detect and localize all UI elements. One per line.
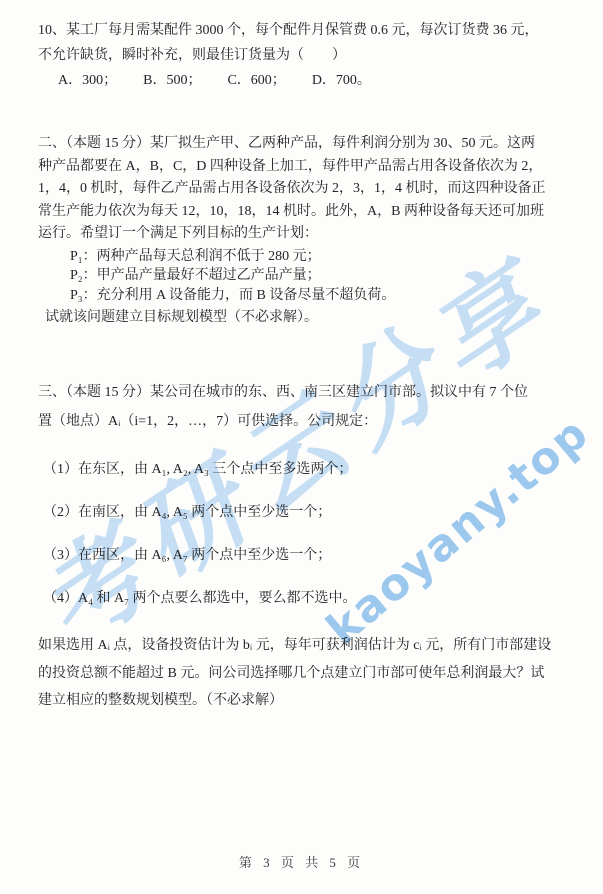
question-3-closing: 如果选用 Aᵢ 点，设备投资估计为 bᵢ 元，每年可获利润估计为 cᵢ 元，所有… bbox=[38, 632, 583, 715]
question-3-paragraph: 三、（本题 15 分）某公司在城市的东、西、南三区建立门市部。拟议中有 7 个位… bbox=[38, 378, 583, 436]
condition-1: （1）在东区，由 A₁, A₂, A₃ 三个点中至多选两个； bbox=[43, 460, 583, 480]
goal-p1: P₁：两种产品每天总利润不低于 280 元； bbox=[70, 247, 583, 267]
question-10-options: A．300；B．500；C．600；D．700。 bbox=[38, 68, 583, 93]
text-line: 常生产能力依次为每天 12，10，18，14 机时。此外，A，B 两种设备每天还… bbox=[38, 201, 583, 224]
question-2-goal-list: P₁：两种产品每天总利润不低于 280 元； P₂：甲产品产量最好不超过乙产品产… bbox=[38, 247, 583, 306]
text-line: 置（地点）Aᵢ（i=1，2，…，7）可供选择。公司规定： bbox=[38, 407, 583, 436]
goal-p3: P₃：充分利用 A 设备能力，而 B 设备尽量不超负荷。 bbox=[70, 286, 583, 306]
option-b: B．500； bbox=[143, 68, 201, 93]
text-line: 二、（本题 15 分）某厂拟生产甲、乙两种产品，每件利润分别为 30、50 元。… bbox=[38, 133, 583, 156]
document-content: 10、某工厂每月需某配件 3000 个，每个配件月保管费 0.6 元，每次订货费… bbox=[0, 0, 603, 894]
text-line: 运行。希望订一个满足下列目标的生产计划： bbox=[38, 223, 583, 246]
text-line: 如果选用 Aᵢ 点，设备投资估计为 bᵢ 元，每年可获利润估计为 cᵢ 元，所有… bbox=[38, 632, 583, 660]
goal-p2: P₂：甲产品产量最好不超过乙产品产量； bbox=[70, 266, 583, 286]
condition-3: （3）在西区，由 A₆, A₇ 两个点中至少选一个； bbox=[43, 546, 583, 566]
page-number-footer: 第 3 页 共 5 页 bbox=[0, 852, 603, 871]
text-line: 建立相应的整数规划模型。（不必求解） bbox=[38, 687, 583, 715]
condition-4: （4）A₄ 和 A₇ 两个点要么都选中，要么都不选中。 bbox=[43, 589, 583, 609]
option-d: D．700。 bbox=[312, 68, 371, 93]
question-3-condition-list: （1）在东区，由 A₁, A₂, A₃ 三个点中至多选两个； （2）在南区，由 … bbox=[38, 460, 583, 609]
question-10-line-1: 10、某工厂每月需某配件 3000 个，每个配件月保管费 0.6 元，每次订货费… bbox=[38, 18, 583, 43]
question-3: 三、（本题 15 分）某公司在城市的东、西、南三区建立门市部。拟议中有 7 个位… bbox=[38, 378, 583, 715]
question-2-closing: 试就该问题建立目标规划模型（不必求解）。 bbox=[38, 307, 583, 330]
scanned-exam-page: 考研云分享 kaoyany.top 10、某工厂每月需某配件 3000 个，每个… bbox=[0, 0, 603, 894]
text-line: 的投资总额不能超过 B 元。问公司选择哪几个点建立门市部可使年总利润最大？试 bbox=[38, 660, 583, 688]
text-line: 1，4，0 机时，每件乙产品需占用各设备依次为 2，3，1，4 机时，而这四种设… bbox=[38, 178, 583, 201]
question-2: 二、（本题 15 分）某厂拟生产甲、乙两种产品，每件利润分别为 30、50 元。… bbox=[38, 133, 583, 329]
question-10-line-2: 不允许缺货，瞬时补充，则最佳订货量为（ ） bbox=[38, 43, 583, 68]
question-2-paragraph: 二、（本题 15 分）某厂拟生产甲、乙两种产品，每件利润分别为 30、50 元。… bbox=[38, 133, 583, 246]
condition-2: （2）在南区，由 A₄, A₅ 两个点中至少选一个； bbox=[43, 503, 583, 523]
text-line: 种产品都要在 A，B，C，D 四种设备上加工，每件甲产品需占用各设备依次为 2， bbox=[38, 156, 583, 179]
text-line: 三、（本题 15 分）某公司在城市的东、西、南三区建立门市部。拟议中有 7 个位 bbox=[38, 378, 583, 407]
option-a: A．300； bbox=[58, 68, 117, 93]
option-c: C．600； bbox=[227, 68, 285, 93]
question-10: 10、某工厂每月需某配件 3000 个，每个配件月保管费 0.6 元，每次订货费… bbox=[38, 18, 583, 93]
